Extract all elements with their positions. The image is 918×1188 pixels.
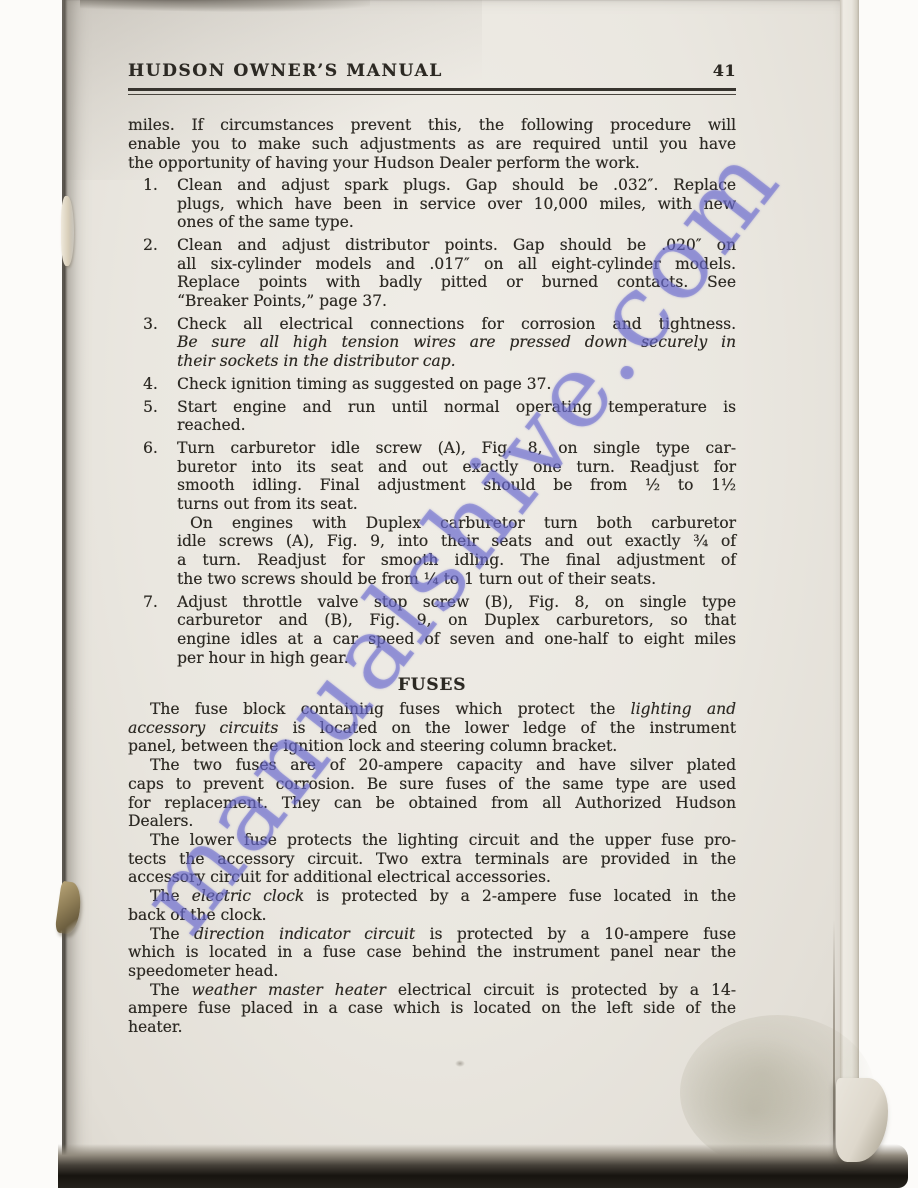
text-segment: per hour in high gear.: [177, 649, 349, 667]
text-segment: Check all electrical connections for cor…: [177, 315, 736, 333]
text-segment: accessory circuit for additional electri…: [128, 868, 551, 886]
list-item-text: Adjust throttle valve stop screw (B), Fi…: [177, 593, 736, 668]
running-header: HUDSON OWNER’S MANUAL 41: [128, 62, 736, 83]
text-segment: The two fuses are of 20-ampere capacity …: [150, 756, 736, 774]
text-line: On engines with Duplex carburetor turn b…: [177, 514, 736, 533]
text-line: a turn. Readjust for smooth idling. The …: [177, 551, 736, 570]
text-line: ampere fuse placed in a case which is lo…: [128, 999, 736, 1018]
text-segment: plugs, which have been in service over 1…: [177, 195, 736, 213]
text-line: engine idles at a car speed of seven and…: [177, 630, 736, 649]
text-segment: carburetor and (B), Fig. 9, on Duplex ca…: [177, 611, 736, 629]
text-line: smooth idling. Final adjustment should b…: [177, 476, 736, 495]
text-line: The electric clock is protected by a 2-a…: [128, 887, 736, 906]
text-segment: heater.: [128, 1018, 182, 1036]
fuses-heading: FUSES: [128, 676, 736, 695]
list-item-text: Turn carburetor idle screw (A), Fig. 8, …: [177, 439, 736, 589]
text-segment: a turn. Readjust for smooth idling. The …: [177, 551, 736, 569]
italic-text: direction indicator circuit: [194, 925, 415, 943]
text-segment: panel, between the ignition lock and ste…: [128, 737, 617, 755]
text-segment: which is located in a fuse case behind t…: [128, 943, 736, 961]
text-line: per hour in high gear.: [177, 649, 736, 668]
text-line: ones of the same type.: [177, 213, 736, 232]
italic-text: Be sure all high tension wires are press…: [177, 333, 736, 351]
text-segment: On engines with Duplex carburetor turn b…: [190, 514, 736, 532]
list-item: 2.Clean and adjust distributor points. G…: [128, 236, 736, 311]
text-segment: is protected by a 2-ampere fuse located …: [304, 887, 736, 905]
text-segment: The: [150, 887, 192, 905]
text-line: all six-cylinder models and .017″ on all…: [177, 255, 736, 274]
text-line: enable you to make such adjustments as a…: [128, 135, 736, 154]
text-segment: ampere fuse placed in a case which is lo…: [128, 999, 736, 1017]
list-item: 5.Start engine and run until normal oper…: [128, 398, 736, 435]
text-line: the opportunity of having your Hudson De…: [128, 154, 736, 173]
list-item-number: 6.: [128, 439, 177, 589]
paper-speck: [455, 1060, 465, 1067]
page-title: HUDSON OWNER’S MANUAL: [128, 62, 443, 81]
text-line: Replace points with badly pitted or burn…: [177, 273, 736, 292]
text-line: Adjust throttle valve stop screw (B), Fi…: [177, 593, 736, 612]
procedure-list: 1.Clean and adjust spark plugs. Gap shou…: [128, 176, 736, 668]
text-segment: Dealers.: [128, 812, 193, 830]
text-line: their sockets in the distributor cap.: [177, 352, 736, 371]
text-line: which is located in a fuse case behind t…: [128, 943, 736, 962]
text-line: Check all electrical connections for cor…: [177, 315, 736, 334]
page-number: 41: [713, 62, 736, 81]
text-line: The weather master heater electrical cir…: [128, 981, 736, 1000]
fuses-paragraphs: The fuse block containing fuses which pr…: [128, 700, 736, 1037]
text-segment: all six-cylinder models and .017″ on all…: [177, 255, 736, 273]
text-line: Be sure all high tension wires are press…: [177, 333, 736, 352]
text-segment: is located on the lower ledge of the ins…: [278, 719, 736, 737]
text-segment: Clean and adjust distributor points. Gap…: [177, 236, 736, 254]
text-segment: buretor into its seat and out exactly on…: [177, 458, 736, 476]
text-line: idle screws (A), Fig. 9, into their seat…: [177, 532, 736, 551]
text-line: Turn carburetor idle screw (A), Fig. 8, …: [177, 439, 736, 458]
text-segment: The: [150, 981, 191, 999]
text-line: Start engine and run until normal operat…: [177, 398, 736, 417]
list-item-number: 1.: [128, 176, 177, 232]
text-segment: idle screws (A), Fig. 9, into their seat…: [177, 532, 736, 550]
text-line: Dealers.: [128, 812, 736, 831]
page-content: HUDSON OWNER’S MANUAL 41 miles. If circu…: [128, 62, 736, 1037]
italic-text: their sockets in the distributor cap.: [177, 352, 456, 370]
text-line: caps to prevent corrosion. Be sure fuses…: [128, 775, 736, 794]
list-item-text: Clean and adjust distributor points. Gap…: [177, 236, 736, 311]
italic-text: accessory circuits: [128, 719, 278, 737]
text-line: turns out from its seat.: [177, 495, 736, 514]
text-line: tects the accessory circuit. Two extra t…: [128, 850, 736, 869]
text-line: The fuse block containing fuses which pr…: [128, 700, 736, 719]
text-line: “Breaker Points,” page 37.: [177, 292, 736, 311]
text-segment: Clean and adjust spark plugs. Gap should…: [177, 176, 736, 194]
italic-text: electric clock: [192, 887, 304, 905]
text-segment: reached.: [177, 416, 246, 434]
text-segment: ones of the same type.: [177, 213, 354, 231]
list-item-text: Check ignition timing as suggested on pa…: [177, 375, 736, 394]
list-item: 4.Check ignition timing as suggested on …: [128, 375, 736, 394]
text-line: plugs, which have been in service over 1…: [177, 195, 736, 214]
text-line: accessory circuits is located on the low…: [128, 719, 736, 738]
text-segment: engine idles at a car speed of seven and…: [177, 630, 736, 648]
text-line: accessory circuit for additional electri…: [128, 868, 736, 887]
text-line: The lower fuse protects the lighting cir…: [128, 831, 736, 850]
text-segment: smooth idling. Final adjustment should b…: [177, 476, 736, 494]
text-segment: is protected by a 10-ampere fuse: [415, 925, 736, 943]
italic-text: lighting and: [631, 700, 736, 718]
text-segment: the two screws should be from ¼ to 1 tur…: [177, 570, 656, 588]
text-line: back of the clock.: [128, 906, 736, 925]
list-item-text: Start engine and run until normal operat…: [177, 398, 736, 435]
text-line: buretor into its seat and out exactly on…: [177, 458, 736, 477]
intro-paragraph: miles. If circumstances prevent this, th…: [128, 116, 736, 172]
header-rule-thick: [128, 88, 736, 91]
text-line: Check ignition timing as suggested on pa…: [177, 375, 736, 394]
text-line: for replacement. They can be obtained fr…: [128, 794, 736, 813]
text-line: Clean and adjust distributor points. Gap…: [177, 236, 736, 255]
text-segment: Start engine and run until normal operat…: [177, 398, 736, 416]
list-item-number: 5.: [128, 398, 177, 435]
left-edge-tear-upper: [61, 196, 74, 266]
list-item-number: 4.: [128, 375, 177, 394]
text-segment: Turn carburetor idle screw (A), Fig. 8, …: [177, 439, 736, 457]
text-segment: speedometer head.: [128, 962, 278, 980]
list-item: 3.Check all electrical connections for c…: [128, 315, 736, 371]
text-segment: electrical circuit is protected by a 14-: [386, 981, 736, 999]
list-item-text: Clean and adjust spark plugs. Gap should…: [177, 176, 736, 232]
scan-bottom-shadow: [58, 1144, 908, 1188]
text-line: Clean and adjust spark plugs. Gap should…: [177, 176, 736, 195]
list-item: 7.Adjust throttle valve stop screw (B), …: [128, 593, 736, 668]
italic-text: weather master heater: [191, 981, 385, 999]
text-segment: the opportunity of having your Hudson De…: [128, 154, 640, 172]
text-line: reached.: [177, 416, 736, 435]
text-segment: caps to prevent corrosion. Be sure fuses…: [128, 775, 736, 793]
text-segment: Adjust throttle valve stop screw (B), Fi…: [177, 593, 736, 611]
text-line: The two fuses are of 20-ampere capacity …: [128, 756, 736, 775]
text-segment: turns out from its seat.: [177, 495, 358, 513]
book-fore-edge: [840, 0, 859, 1158]
text-line: heater.: [128, 1018, 736, 1037]
text-segment: The: [150, 925, 194, 943]
text-line: speedometer head.: [128, 962, 736, 981]
text-segment: Check ignition timing as suggested on pa…: [177, 375, 551, 393]
list-item-number: 7.: [128, 593, 177, 668]
text-line: miles. If circumstances prevent this, th…: [128, 116, 736, 135]
list-item: 6.Turn carburetor idle screw (A), Fig. 8…: [128, 439, 736, 589]
list-item-text: Check all electrical connections for cor…: [177, 315, 736, 371]
list-item-number: 3.: [128, 315, 177, 371]
text-segment: miles. If circumstances prevent this, th…: [128, 116, 736, 134]
text-segment: Replace points with badly pitted or burn…: [177, 273, 736, 291]
text-segment: tects the accessory circuit. Two extra t…: [128, 850, 736, 868]
page-crease-line: [833, 920, 835, 1165]
text-segment: back of the clock.: [128, 906, 266, 924]
text-line: the two screws should be from ¼ to 1 tur…: [177, 570, 736, 589]
text-line: panel, between the ignition lock and ste…: [128, 737, 736, 756]
text-segment: The fuse block containing fuses which pr…: [150, 700, 631, 718]
text-segment: for replacement. They can be obtained fr…: [128, 794, 736, 812]
text-line: carburetor and (B), Fig. 9, on Duplex ca…: [177, 611, 736, 630]
text-segment: “Breaker Points,” page 37.: [177, 292, 387, 310]
header-rule-thin: [128, 94, 736, 95]
list-item-number: 2.: [128, 236, 177, 311]
text-segment: The lower fuse protects the lighting cir…: [150, 831, 736, 849]
text-line: The direction indicator circuit is prote…: [128, 925, 736, 944]
list-item: 1.Clean and adjust spark plugs. Gap shou…: [128, 176, 736, 232]
text-segment: enable you to make such adjustments as a…: [128, 135, 736, 153]
